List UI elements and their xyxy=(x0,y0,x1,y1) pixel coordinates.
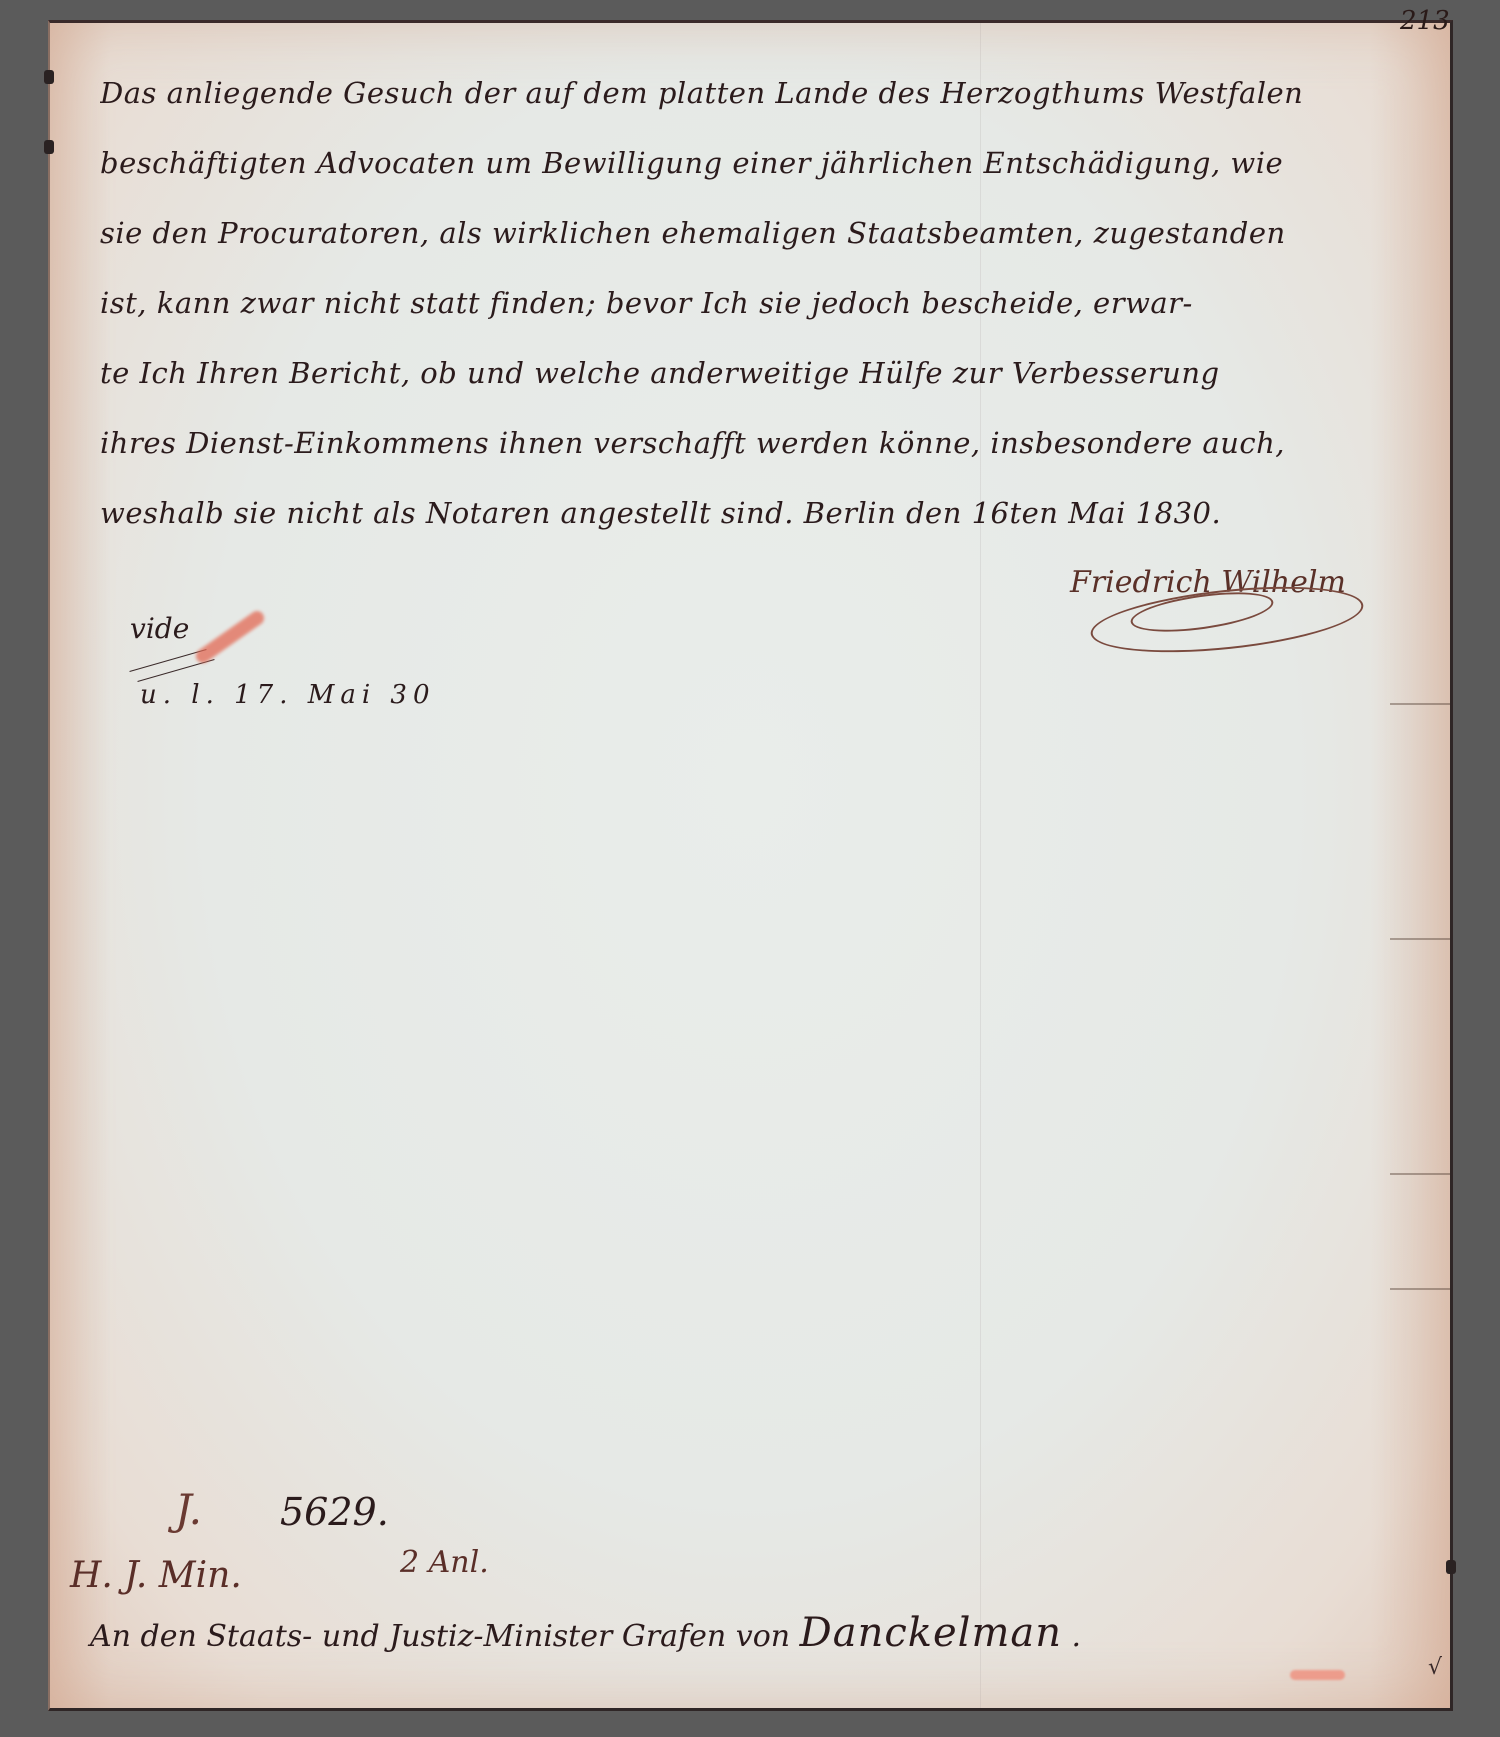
paper-crack xyxy=(1390,938,1450,940)
check-mark-icon: √ xyxy=(1428,1655,1442,1680)
enclosure-count: 2 Anl. xyxy=(400,1545,489,1580)
letter-body: Das anliegende Gesuch der auf dem platte… xyxy=(100,58,1450,548)
paper-crack xyxy=(1390,1173,1450,1175)
body-line: weshalb sie nicht als Notaren angestellt… xyxy=(100,478,1450,548)
address-suffix: . xyxy=(1072,1619,1082,1654)
paper-crack xyxy=(1390,1288,1450,1290)
body-line: beschäftigten Advocaten um Bewilligung e… xyxy=(100,128,1450,198)
paper-crack xyxy=(1390,703,1450,705)
folio-number: 213 xyxy=(1400,6,1450,36)
binding-mark xyxy=(1446,1560,1456,1574)
body-line: sie den Procuratoren, als wirklichen ehe… xyxy=(100,198,1450,268)
address-prefix: An den Staats- und Justiz-Minister Grafe… xyxy=(90,1619,790,1654)
body-line: Das anliegende Gesuch der auf dem platte… xyxy=(100,58,1450,128)
registry-prefix: J. xyxy=(175,1485,202,1534)
margin-note-vide: vide xyxy=(130,612,189,645)
binding-mark xyxy=(44,70,54,84)
body-line: ist, kann zwar nicht statt finden; bevor… xyxy=(100,268,1450,338)
body-line: te Ich Ihren Bericht, ob und welche ande… xyxy=(100,338,1450,408)
addressee-name: Danckelman xyxy=(800,1610,1062,1656)
body-line: ihres Dienst-Einkommens ihnen verschafft… xyxy=(100,408,1450,478)
addressee-line: An den Staats- und Justiz-Minister Grafe… xyxy=(90,1610,1081,1656)
binding-mark xyxy=(44,140,54,154)
red-crayon-mark xyxy=(1290,1670,1345,1680)
margin-note-date: u. l. 17. Mai 30 xyxy=(140,680,436,710)
registry-office: H. J. Min. xyxy=(70,1555,242,1596)
registry-number: 5629. xyxy=(280,1490,389,1534)
